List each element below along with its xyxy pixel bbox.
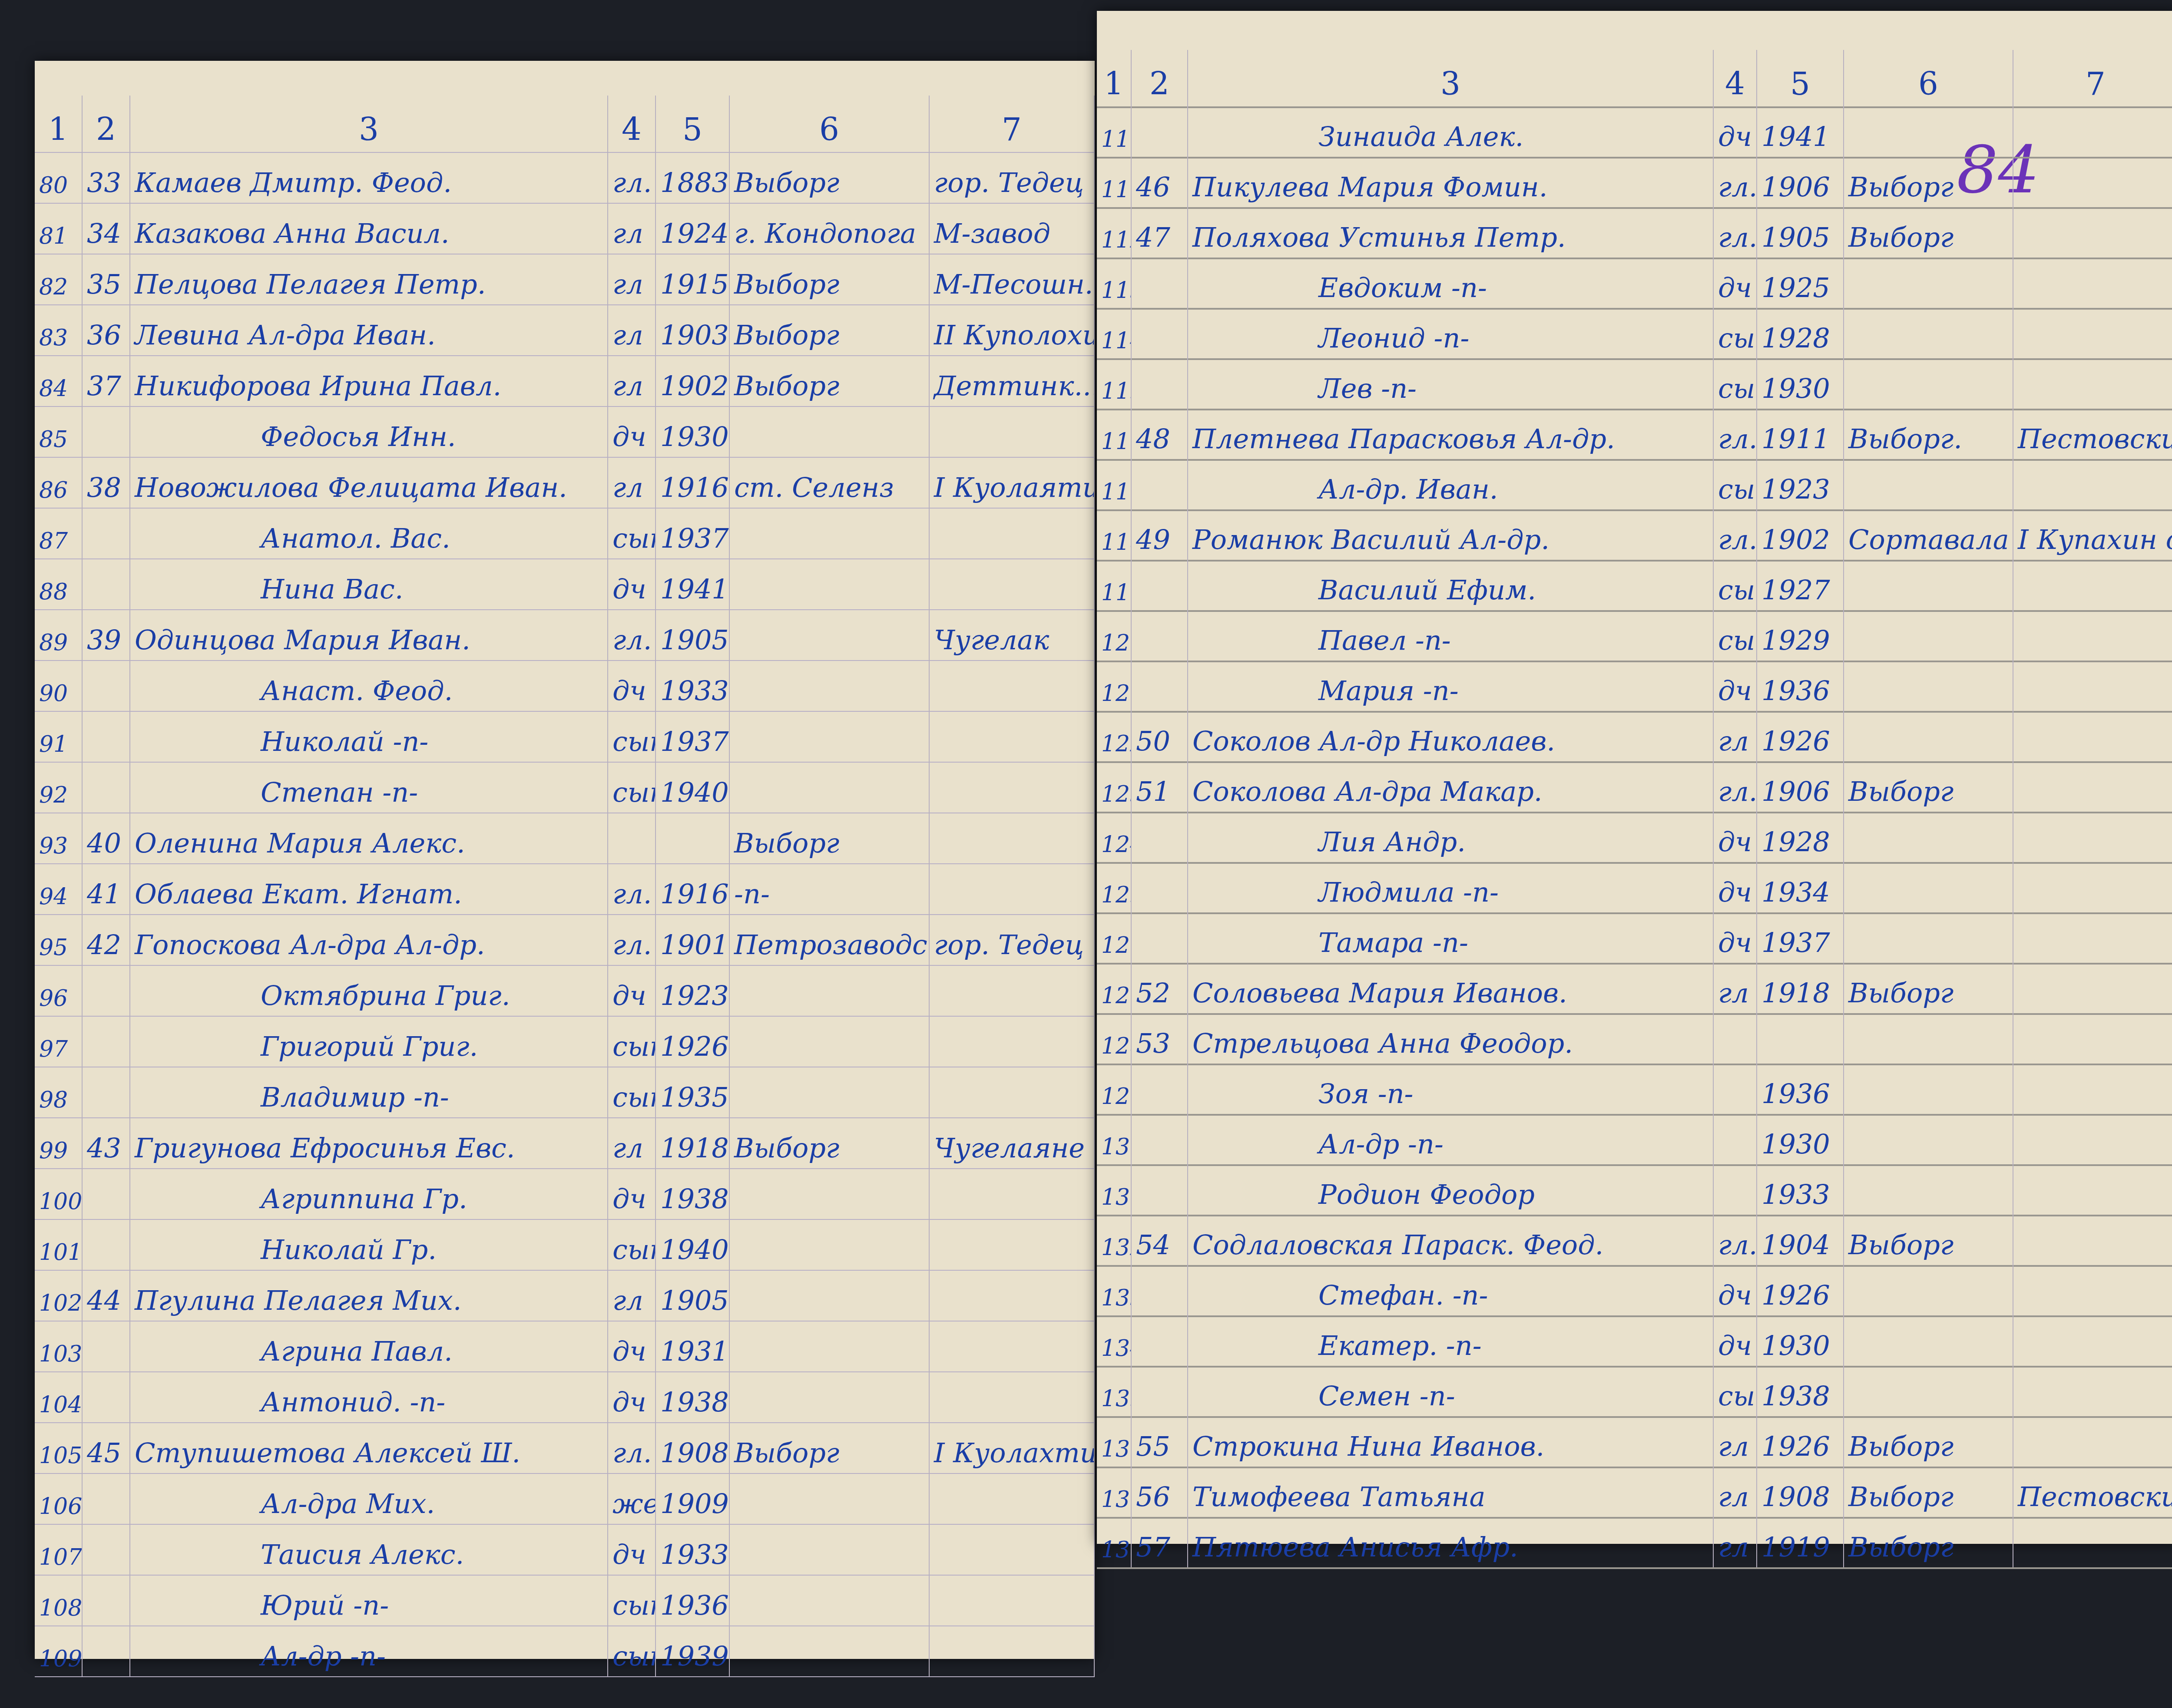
cell-c3: Пелцова Пелагея Петр.: [130, 250, 608, 304]
register-row: 133Стефан. -п-дч1926: [1097, 1267, 2172, 1317]
cell-c1: 126: [1097, 910, 1132, 963]
cell-c3: Казакова Анна Васил.: [130, 199, 608, 254]
cell-c2: [83, 1520, 130, 1575]
cell-c3: Леонид -п-: [1188, 305, 1714, 358]
cell-c6: [1844, 608, 2013, 661]
register-row: 9542Гопоскова Ал-дра Ал-др.гл.1901Петроз…: [35, 915, 1095, 966]
column-header: 6: [730, 96, 930, 152]
cell-c2: [83, 555, 130, 609]
cell-c2: [83, 1012, 130, 1067]
cell-c3: Николай -п-: [130, 707, 608, 762]
cell-c2: [1132, 1363, 1188, 1416]
cell-c7: [2013, 1061, 2172, 1114]
cell-c5: 1930: [656, 403, 730, 457]
cell-c2: 38: [83, 453, 130, 508]
cell-c6: [1844, 910, 2013, 963]
register-row: 92Степан -п-сын1940: [35, 763, 1095, 813]
cell-c5: 1933: [656, 1520, 730, 1575]
cell-c2: [83, 1470, 130, 1524]
cell-c4: дч: [1714, 1313, 1757, 1366]
cell-c1: 101: [35, 1216, 83, 1270]
cell-c6: ст. Селенз: [730, 453, 930, 508]
cell-c4: дч: [1714, 859, 1757, 912]
cell-c6: [1844, 1262, 2013, 1315]
register-row: 90Анаст. Феод.дч1933: [35, 661, 1095, 712]
cell-c7: [930, 961, 1095, 1016]
register-row: 107Таисия Алекс.дч1933: [35, 1525, 1095, 1576]
register-row: 129Зоя -п-1936: [1097, 1065, 2172, 1116]
cell-c7: [930, 403, 1095, 457]
cell-c4: гл.: [608, 860, 656, 914]
cell-c1: 106: [35, 1470, 83, 1524]
cell-c6: [730, 1216, 930, 1270]
cell-c7: [930, 504, 1095, 558]
cell-c6: [730, 1012, 930, 1067]
cell-c7: [2013, 104, 2172, 157]
cell-c1: 138: [1097, 1514, 1132, 1567]
register-row: 13254Содлаловская Параск. Феод.гл.1904Вы…: [1097, 1216, 2172, 1267]
cell-c3: Октябрина Григ.: [130, 961, 608, 1016]
cell-c2: 53: [1132, 1011, 1188, 1064]
cell-c5: 1929: [1757, 608, 1844, 661]
cell-c7: Чугелаяне с/с: [930, 1114, 1095, 1168]
cell-c5: 1941: [656, 555, 730, 609]
column-header: 2: [83, 96, 130, 152]
cell-c2: [1132, 1262, 1188, 1315]
cell-c2: [1132, 809, 1188, 862]
register-row: 8437Никифорова Ирина Павл.гл1902ВыборгДе…: [35, 356, 1095, 407]
cell-c2: 43: [83, 1114, 130, 1168]
cell-c4: [1714, 1011, 1757, 1064]
cell-c1: 85: [35, 403, 83, 457]
cell-c7: [930, 860, 1095, 914]
cell-c3: Плетнева Парасковья Ал-др.: [1188, 406, 1714, 459]
cell-c5: [656, 809, 730, 863]
cell-c2: 48: [1132, 406, 1188, 459]
cell-c1: 120: [1097, 608, 1132, 661]
right-ledger-table: 1234567110Зинаида Алек.дч194111146Пикуле…: [1097, 54, 2172, 1569]
cell-c2: [1132, 910, 1188, 963]
cell-c3: Владимир -п-: [130, 1063, 608, 1117]
cell-c4: дч: [1714, 104, 1757, 157]
cell-c7: [2013, 1111, 2172, 1164]
cell-c6: [1844, 708, 2013, 761]
cell-c4: дч: [608, 403, 656, 457]
cell-c5: 1937: [1757, 910, 1844, 963]
register-row: 126Тамара -п-дч1937: [1097, 914, 2172, 965]
cell-c4: гл: [1714, 1414, 1757, 1467]
cell-c4: гл.: [608, 1419, 656, 1473]
cell-c7: [930, 707, 1095, 762]
cell-c4: дч: [608, 1165, 656, 1219]
cell-c6: Выборг.: [1844, 406, 2013, 459]
cell-c1: 99: [35, 1114, 83, 1168]
cell-c1: 92: [35, 758, 83, 813]
cell-c6: Выборг: [1844, 960, 2013, 1013]
cell-c6: Выборг: [730, 301, 930, 355]
cell-c2: [1132, 608, 1188, 661]
register-row: 88Нина Вас.дч1941: [35, 559, 1095, 610]
cell-c5: 1937: [656, 707, 730, 762]
cell-c4: жен: [608, 1470, 656, 1524]
cell-c3: Ал-др. Иван.: [1188, 456, 1714, 509]
cell-c5: 1911: [1757, 406, 1844, 459]
cell-c1: 102: [35, 1266, 83, 1321]
cell-c3: Соколова Ал-дра Макар.: [1188, 759, 1714, 812]
cell-c3: Одинцова Мария Иван.: [130, 606, 608, 660]
cell-c4: гл: [1714, 1464, 1757, 1517]
cell-c4: гл: [608, 1114, 656, 1168]
cell-c6: [730, 1470, 930, 1524]
cell-c4: дч: [1714, 255, 1757, 308]
cell-c4: гл: [1714, 960, 1757, 1013]
cell-c5: 1926: [656, 1012, 730, 1067]
cell-c7: [2013, 205, 2172, 258]
cell-c4: сын: [1714, 608, 1757, 661]
cell-c5: 1919: [1757, 1514, 1844, 1567]
cell-c3: Ал-дра Мих.: [130, 1470, 608, 1524]
cell-c6: г. Кондопога: [730, 199, 930, 254]
cell-c1: 104: [35, 1368, 83, 1422]
cell-c1: 97: [35, 1012, 83, 1067]
cell-c3: Юрий -п-: [130, 1571, 608, 1625]
cell-c1: 132: [1097, 1212, 1132, 1265]
cell-c6: [730, 657, 930, 711]
cell-c2: 33: [83, 149, 130, 203]
cell-c2: [1132, 658, 1188, 711]
cell-c6: [730, 606, 930, 660]
cell-c2: 52: [1132, 960, 1188, 1013]
cell-c5: [1757, 1011, 1844, 1064]
cell-c2: 44: [83, 1266, 130, 1321]
cell-c1: 89: [35, 606, 83, 660]
cell-c6: Выборг: [730, 1419, 930, 1473]
cell-c1: 130: [1097, 1111, 1132, 1164]
cell-c2: 47: [1132, 205, 1188, 258]
column-header-row: 1234567: [1097, 54, 2172, 108]
cell-c5: 1923: [656, 961, 730, 1016]
cell-c6: Выборг: [730, 809, 930, 863]
cell-c5: 1931: [656, 1317, 730, 1371]
column-header-row: 1234567: [35, 100, 1095, 153]
cell-c6: [730, 707, 930, 762]
cell-c5: 1909: [656, 1470, 730, 1524]
cell-c2: 54: [1132, 1212, 1188, 1265]
register-row: 10545Ступишетова Алексей Ш.гл.1908Выборг…: [35, 1423, 1095, 1474]
register-row: 9340Оленина Мария Алекс.Выборг: [35, 813, 1095, 864]
register-row: 110Зинаида Алек.дч1941: [1097, 108, 2172, 159]
cell-c1: 105: [35, 1419, 83, 1473]
cell-c2: [83, 1165, 130, 1219]
cell-c7: [930, 1622, 1095, 1676]
cell-c5: 1933: [1757, 1162, 1844, 1215]
register-row: 130Ал-др -п-1930: [1097, 1116, 2172, 1166]
column-header: 6: [1844, 50, 2013, 106]
cell-c1: 115: [1097, 356, 1132, 409]
cell-c6: [1844, 104, 2013, 157]
cell-c3: Евдоким -п-: [1188, 255, 1714, 308]
cell-c7: [930, 1317, 1095, 1371]
cell-c7: [2013, 859, 2172, 912]
cell-c7: [2013, 557, 2172, 610]
cell-c1: 86: [35, 453, 83, 508]
cell-c1: 94: [35, 860, 83, 914]
cell-c5: 1905: [656, 606, 730, 660]
register-row: 12351Соколова Ал-дра Макар.гл.1906Выборг: [1097, 763, 2172, 813]
cell-c3: Анатол. Вас.: [130, 504, 608, 558]
cell-c4: сын: [608, 1571, 656, 1625]
register-row: 8939Одинцова Мария Иван.гл.1905Чугелак: [35, 610, 1095, 661]
cell-c6: [730, 758, 930, 813]
cell-c2: [1132, 1061, 1188, 1114]
cell-c5: 1915: [656, 250, 730, 304]
cell-c5: 1902: [1757, 507, 1844, 560]
cell-c7: [2013, 1011, 2172, 1064]
cell-c1: 91: [35, 707, 83, 762]
cell-c2: [83, 961, 130, 1016]
cell-c4: дч: [608, 1520, 656, 1575]
cell-c3: Тимофеева Татьяна: [1188, 1464, 1714, 1517]
cell-c4: сын: [608, 1012, 656, 1067]
cell-c5: 1908: [1757, 1464, 1844, 1517]
cell-c2: 41: [83, 860, 130, 914]
cell-c5: 1918: [1757, 960, 1844, 1013]
cell-c5: 1936: [1757, 658, 1844, 711]
cell-c7: [930, 1571, 1095, 1625]
cell-c5: 1905: [656, 1266, 730, 1321]
register-row: 135Семен -п-сын1938: [1097, 1368, 2172, 1418]
cell-c7: [930, 1165, 1095, 1219]
cell-c1: 84: [35, 352, 83, 406]
cell-c2: [83, 1216, 130, 1270]
cell-c2: 34: [83, 199, 130, 254]
cell-c3: Никифорова Ирина Павл.: [130, 352, 608, 406]
cell-c3: Пятюева Анисья Афр.: [1188, 1514, 1714, 1567]
cell-c7: М-завод: [930, 199, 1095, 254]
cell-c5: 1934: [1757, 859, 1844, 912]
cell-c6: Выборг: [1844, 1212, 2013, 1265]
register-row: 11146Пикулева Мария Фомин.гл.1906Выборг: [1097, 159, 2172, 209]
cell-c5: 1936: [656, 1571, 730, 1625]
cell-c5: 1916: [656, 860, 730, 914]
cell-c3: Григорий Григ.: [130, 1012, 608, 1067]
cell-c4: гл: [1714, 1514, 1757, 1567]
cell-c2: [1132, 456, 1188, 509]
cell-c7: [930, 657, 1095, 711]
cell-c1: 137: [1097, 1464, 1132, 1517]
cell-c3: Николай Гр.: [130, 1216, 608, 1270]
cell-c5: 1939: [656, 1622, 730, 1676]
register-row: 125Людмила -п-дч1934: [1097, 864, 2172, 914]
cell-c2: [1132, 1313, 1188, 1366]
cell-c5: 1940: [656, 1216, 730, 1270]
column-header: 7: [930, 96, 1095, 152]
cell-c3: Стрельцова Анна Феодор.: [1188, 1011, 1714, 1064]
cell-c4: сын: [1714, 557, 1757, 610]
cell-c1: 90: [35, 657, 83, 711]
cell-c5: 1941: [1757, 104, 1844, 157]
cell-c2: [1132, 1111, 1188, 1164]
register-row: 87Анатол. Вас.сын1937: [35, 509, 1095, 559]
cell-c6: Сортавала: [1844, 507, 2013, 560]
cell-c3: Строкина Нина Иванов.: [1188, 1414, 1714, 1467]
cell-c3: Пикулева Мария Фомин.: [1188, 154, 1714, 207]
register-row: 11648Плетнева Парасковья Ал-др.гл.1911Вы…: [1097, 410, 2172, 461]
cell-c1: 124: [1097, 809, 1132, 862]
cell-c3: Таисия Алекс.: [130, 1520, 608, 1575]
register-row: 98Владимир -п-сын1935: [35, 1067, 1095, 1118]
register-row: 101Николай Гр.сын1940: [35, 1220, 1095, 1271]
cell-c6: Выборг: [1844, 1414, 2013, 1467]
register-row: 9943Григунова Ефросинья Евс.гл1918Выборг…: [35, 1118, 1095, 1169]
cell-c1: 100: [35, 1165, 83, 1219]
cell-c2: 55: [1132, 1414, 1188, 1467]
register-row: 120Павел -п-сын1929: [1097, 612, 2172, 662]
cell-c5: 1924: [656, 199, 730, 254]
cell-c6: [1844, 1061, 2013, 1114]
cell-c7: [930, 1368, 1095, 1422]
cell-c7: [930, 1470, 1095, 1524]
cell-c7: [2013, 658, 2172, 711]
cell-c7: М-Песошн.: [930, 250, 1095, 304]
cell-c5: 1901: [656, 911, 730, 965]
cell-c7: [2013, 456, 2172, 509]
cell-c1: 112: [1097, 205, 1132, 258]
cell-c1: 109: [35, 1622, 83, 1676]
cell-c7: [2013, 255, 2172, 308]
cell-c1: 133: [1097, 1262, 1132, 1315]
cell-c5: 1923: [1757, 456, 1844, 509]
cell-c4: гл.: [1714, 759, 1757, 812]
register-row: 11849Романюк Василий Ал-др.гл.1902Сортав…: [1097, 511, 2172, 562]
register-row: 106Ал-дра Мих.жен1909: [35, 1474, 1095, 1525]
cell-c4: сын: [608, 1622, 656, 1676]
column-header: 3: [1188, 50, 1714, 106]
cell-c4: гл: [608, 453, 656, 508]
cell-c1: 83: [35, 301, 83, 355]
cell-c7: [2013, 910, 2172, 963]
cell-c6: [730, 961, 930, 1016]
cell-c5: 1908: [656, 1419, 730, 1473]
cell-c4: гл.: [1714, 406, 1757, 459]
cell-c1: 95: [35, 911, 83, 965]
cell-c2: [83, 758, 130, 813]
cell-c3: Тамара -п-: [1188, 910, 1714, 963]
column-header: 4: [1714, 50, 1757, 106]
cell-c3: Зоя -п-: [1188, 1061, 1714, 1114]
cell-c4: сын: [608, 758, 656, 813]
cell-c6: [1844, 1363, 2013, 1416]
cell-c2: [83, 1571, 130, 1625]
cell-c4: дч: [608, 961, 656, 1016]
cell-c1: 125: [1097, 859, 1132, 912]
cell-c7: [2013, 1313, 2172, 1366]
cell-c3: Стефан. -п-: [1188, 1262, 1714, 1315]
cell-c7: [2013, 1514, 2172, 1567]
cell-c6: [1844, 859, 2013, 912]
cell-c7: [2013, 1414, 2172, 1467]
cell-c4: гл: [608, 1266, 656, 1321]
cell-c3: Ал-др -п-: [1188, 1111, 1714, 1164]
register-row: 131Родион Феодор1933: [1097, 1166, 2172, 1216]
cell-c1: 103: [35, 1317, 83, 1371]
cell-c6: [1844, 456, 2013, 509]
cell-c7: гор. Тедец: [930, 911, 1095, 965]
cell-c6: Петрозаводск р-н: [730, 911, 930, 965]
cell-c6: [1844, 356, 2013, 409]
cell-c7: [2013, 154, 2172, 207]
cell-c4: гл: [608, 199, 656, 254]
cell-c7: [2013, 960, 2172, 1013]
register-row: 12752Соловьева Мария Иванов.гл1918Выборг: [1097, 965, 2172, 1015]
cell-c6: [730, 1571, 930, 1625]
cell-c7: I Куолахтис.: [930, 1419, 1095, 1473]
cell-c6: [730, 555, 930, 609]
cell-c3: Агриппина Гр.: [130, 1165, 608, 1219]
register-row: 103Агрина Павл.дч1931: [35, 1321, 1095, 1372]
cell-c4: гл.: [608, 149, 656, 203]
cell-c3: Новожилова Фелицата Иван.: [130, 453, 608, 508]
cell-c6: [1844, 1111, 2013, 1164]
register-row: 117Ал-др. Иван.сын1923: [1097, 461, 2172, 511]
cell-c3: Агрина Павл.: [130, 1317, 608, 1371]
cell-c2: [83, 1063, 130, 1117]
cell-c3: Лев -п-: [1188, 356, 1714, 409]
cell-c2: 37: [83, 352, 130, 406]
cell-c1: 113: [1097, 255, 1132, 308]
cell-c7: [930, 1520, 1095, 1575]
cell-c5: 1936: [1757, 1061, 1844, 1114]
cell-c5: 1903: [656, 301, 730, 355]
cell-c1: 129: [1097, 1061, 1132, 1114]
cell-c2: 45: [83, 1419, 130, 1473]
cell-c1: 108: [35, 1571, 83, 1625]
cell-c1: 87: [35, 504, 83, 558]
cell-c1: 131: [1097, 1162, 1132, 1215]
column-header: 1: [35, 96, 83, 152]
column-header: 2: [1132, 50, 1188, 106]
cell-c7: [2013, 356, 2172, 409]
cell-c3: Родион Феодор: [1188, 1162, 1714, 1215]
cell-c3: Поляхова Устинья Петр.: [1188, 205, 1714, 258]
cell-c7: [2013, 1212, 2172, 1265]
cell-c5: 1906: [1757, 759, 1844, 812]
cell-c5: 1940: [656, 758, 730, 813]
cell-c1: 110: [1097, 104, 1132, 157]
cell-c5: 1938: [656, 1165, 730, 1219]
cell-c3: Левина Ал-дра Иван.: [130, 301, 608, 355]
cell-c3: Григунова Ефросинья Евс.: [130, 1114, 608, 1168]
cell-c2: [1132, 305, 1188, 358]
cell-c3: Содлаловская Параск. Феод.: [1188, 1212, 1714, 1265]
cell-c7: гор. Тедец: [930, 149, 1095, 203]
cell-c1: 111: [1097, 154, 1132, 207]
left-ledger-table: 12345678033Камаев Дмитр. Феод.гл.1883Выб…: [35, 100, 1095, 1677]
cell-c5: 1928: [1757, 305, 1844, 358]
cell-c5: 1930: [1757, 356, 1844, 409]
cell-c3: Павел -п-: [1188, 608, 1714, 661]
cell-c4: [1714, 1061, 1757, 1114]
cell-c7: [2013, 1262, 2172, 1315]
cell-c5: 1905: [1757, 205, 1844, 258]
cell-c1: 82: [35, 250, 83, 304]
cell-c6: -п-: [730, 860, 930, 914]
register-row: 8033Камаев Дмитр. Феод.гл.1883Выборггор.…: [35, 153, 1095, 204]
cell-c1: 123: [1097, 759, 1132, 812]
cell-c4: дч: [1714, 910, 1757, 963]
cell-c2: [83, 403, 130, 457]
cell-c6: [1844, 255, 2013, 308]
